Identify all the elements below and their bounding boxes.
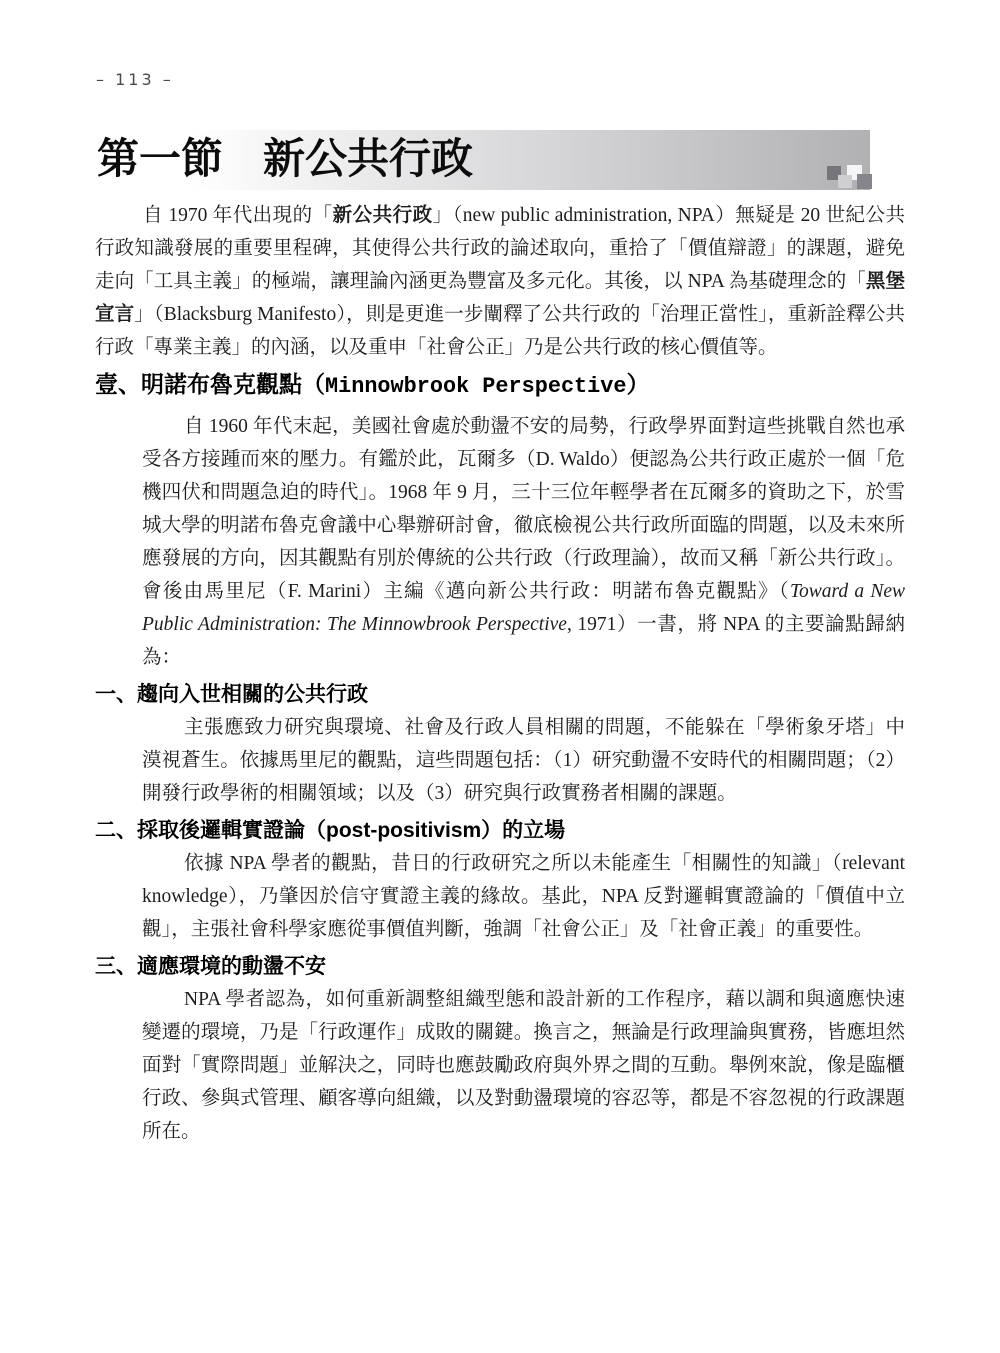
heading-point-three: 三、適應環境的動盪不安 [95,951,905,982]
decoration-square-light [838,175,852,188]
section-header: 第一節新公共行政 [95,130,870,190]
section-title: 第一節新公共行政 [97,130,473,190]
page-number: – 113 – [96,70,174,89]
heading-point-two: 二、採取後邏輯實證論（post-positivism）的立場 [95,815,905,846]
heading-point-one: 一、趨向入世相關的公共行政 [95,679,905,710]
section-label: 第一節 [97,137,223,183]
point-one-paragraph: 主張應致力研究與環境、社會及行政人員相關的問題，不能躲在「學術象牙塔」中漠視蒼生… [142,711,905,810]
page-content: 自 1970 年代出現的「新公共行政」（new public administr… [95,199,905,1148]
heading-minnowbrook-perspective: 壹、明諾布魯克觀點（Minnowbrook Perspective） [95,367,905,404]
document-page: – 113 – 第一節新公共行政 自 1970 年代出現的「新公共行政」（new… [0,0,1000,1353]
decoration-square-medium [857,174,872,189]
intro-paragraph: 自 1970 年代出現的「新公共行政」（new public administr… [95,199,905,364]
point-two-paragraph: 依據 NPA 學者的觀點，昔日的行政研究之所以未能產生「相關性的知識」（rele… [142,847,905,946]
point-three-paragraph: NPA 學者認為，如何重新調整組織型態和設計新的工作程序，藉以調和與適應快速變遷… [142,983,905,1148]
section-name: 新公共行政 [263,137,473,183]
minnowbrook-paragraph: 自 1960 年代末起，美國社會處於動盪不安的局勢，行政學界面對這些挑戰自然也承… [142,410,905,674]
